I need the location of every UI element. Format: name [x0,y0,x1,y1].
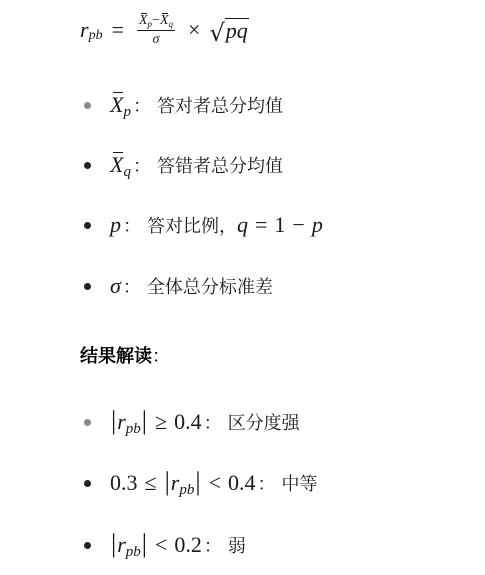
bullet-icon [84,102,91,109]
interpretation-colon: ： [258,470,276,496]
radical-sign-icon: √ [209,21,224,45]
abs-close: | [142,406,147,436]
r-sub: pb [126,421,141,438]
abs-close: | [195,467,200,497]
formula-lhs-sub: pb [89,28,103,44]
definition-colon: ： [123,212,141,238]
interpretation-colon: ： [204,409,222,435]
interpretation-item-weak: |rpb| < 0.2 ： 弱 [84,530,246,560]
definition-var: X [110,152,123,178]
definition-math: Xp [110,92,131,118]
definition-text: 答错者总分均值 [157,152,283,178]
comparison-op-2: < [209,470,221,496]
heading-colon: ： [152,346,170,367]
formula-lhs-var: r [80,17,89,43]
numerator-left-var: X [139,13,148,29]
definition-math: p [110,212,121,238]
comparison-op: ≥ [155,409,167,435]
q-var: q [237,212,248,238]
definition-var: p [110,212,121,238]
formula-sqrt: √pq [209,18,248,43]
bullet-icon [84,222,91,229]
threshold-value: 0.4 [228,470,256,496]
numerator-left-sub: p [148,19,153,29]
definition-colon: ： [123,273,141,299]
interpretation-text: 中等 [282,470,318,496]
formula-times: × [188,17,200,43]
bullet-icon [84,480,91,487]
abs-open: | [165,467,170,497]
q-equation: q = 1 − p [237,212,323,238]
definition-text: 答对者总分均值 [157,92,283,118]
formula-fraction: Xp−Xq σ [137,12,175,48]
comparison-op-1: ≤ [145,470,157,496]
numerator-minus: − [152,13,160,28]
definition-sub: q [123,164,131,181]
threshold-value: 0.2 [174,532,202,558]
numerator-right-var: X [160,13,169,29]
r-sub: pb [179,482,194,499]
interpretation-item-strong: |rpb| ≥ 0.4 ： 区分度强 [84,407,300,437]
bullet-icon [84,542,91,549]
threshold-value: 0.4 [174,409,202,435]
q-p-var: p [312,212,323,238]
definition-item-xq: Xq ： 答错者总分均值 [84,150,283,180]
interpretation-text: 区分度强 [228,409,300,435]
interpretation-colon: ： [204,532,222,558]
fraction-denominator: σ [153,31,160,48]
definition-colon: ： [133,152,151,178]
interpretation-math: |rpb| ≥ 0.4 [110,407,202,437]
comparison-op: < [155,532,167,558]
heading-text: 结果解读 [80,346,152,367]
bullet-icon [84,419,91,426]
bullet-icon [84,162,91,169]
definition-sub: p [123,104,131,121]
q-one: 1 [274,212,285,238]
point-biserial-formula: rpb = Xp−Xq σ × √pq [80,6,249,54]
abs-open: | [111,406,116,436]
r-sub: pb [126,544,141,561]
definition-var: σ [110,273,121,299]
radicand: pq [225,18,249,43]
definition-item-p: p ： 答对比例， q = 1 − p [84,210,323,240]
q-equals: = [255,212,267,238]
interpretation-math: 0.3 ≤ |rpb| < 0.4 [110,468,256,498]
definition-var: X [110,92,123,118]
q-minus: − [292,212,304,238]
interpretation-item-medium: 0.3 ≤ |rpb| < 0.4 ： 中等 [84,468,318,498]
interpretation-text: 弱 [228,532,246,558]
definition-math: Xq [110,152,131,178]
r-var: r [117,409,126,435]
bullet-icon [84,283,91,290]
abs-open: | [111,529,116,559]
definition-item-xp: Xp ： 答对者总分均值 [84,90,283,120]
formula-equals: = [112,17,124,43]
interpretation-heading: 结果解读： [80,342,170,368]
interpretation-math: |rpb| < 0.2 [110,530,202,560]
r-var: r [117,532,126,558]
numerator-right-sub: q [169,19,174,29]
abs-close: | [142,529,147,559]
definition-text: 全体总分标准差 [147,273,273,299]
fraction-numerator: Xp−Xq [137,12,175,31]
lower-bound: 0.3 [110,470,138,496]
definition-math: σ [110,273,121,299]
definition-text: 答对比例， [147,212,237,238]
definition-item-sigma: σ ： 全体总分标准差 [84,271,273,301]
definition-colon: ： [133,92,151,118]
